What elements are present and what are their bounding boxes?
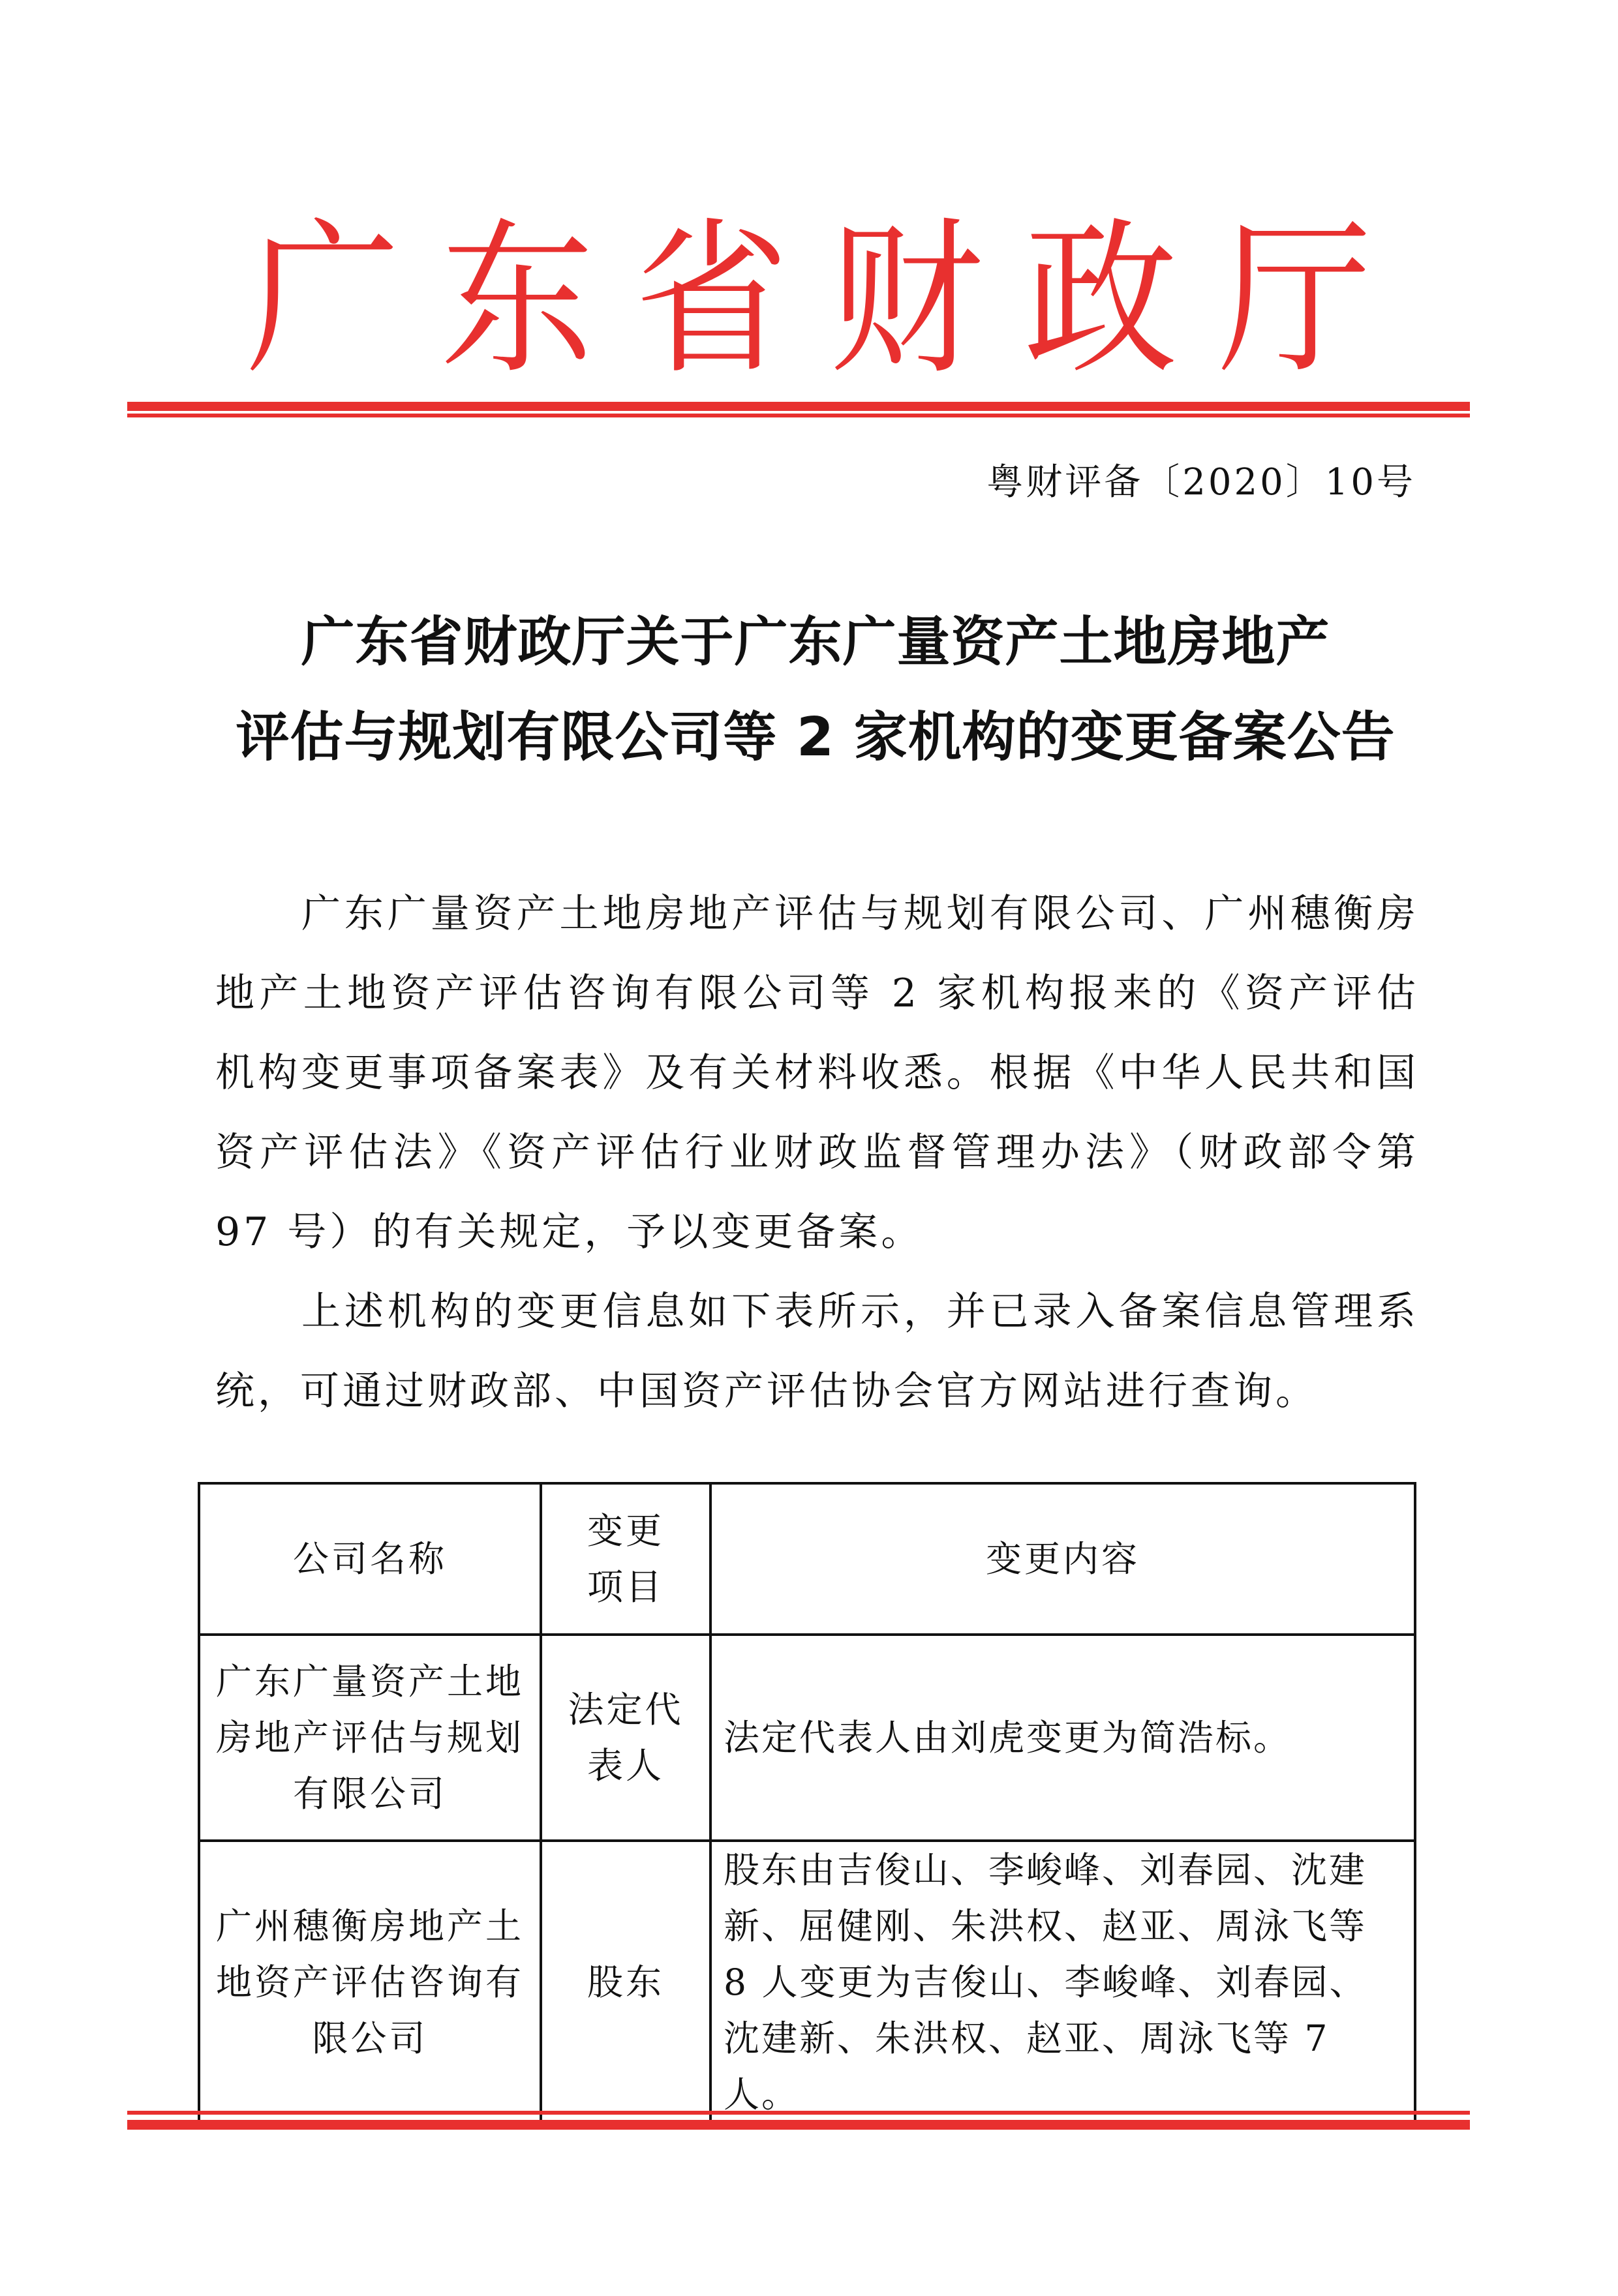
footer-red-rule-thin: [127, 2111, 1470, 2115]
cell-item: 股东: [541, 1841, 710, 2124]
masthead-title: 广东省财政厅: [0, 202, 1618, 399]
cell-content: 股东由吉俊山、李峻峰、刘春园、沈建新、屈健刚、朱洪权、赵亚、周泳飞等 8 人变更…: [710, 1841, 1415, 2124]
header-change-item: 变更项目: [541, 1483, 710, 1635]
header-change-content: 变更内容: [710, 1483, 1415, 1635]
header-red-rule-thick: [127, 402, 1470, 411]
cell-content: 法定代表人由刘虎变更为简浩标。: [710, 1635, 1415, 1841]
table-row: 广东广量资产土地房地产评估与规划有限公司 法定代表人 法定代表人由刘虎变更为简浩…: [199, 1635, 1415, 1841]
header-red-rule-thin: [127, 414, 1470, 417]
change-record-table: 公司名称 变更项目 变更内容 广东广量资产土地房地产评估与规划有限公司 法定代表…: [198, 1482, 1416, 2125]
body-paragraph-2: 上述机构的变更信息如下表所示，并已录入备案信息管理系统，可通过财政部、中国资产评…: [215, 1272, 1419, 1431]
body-paragraph-1: 广东广量资产土地房地产评估与规划有限公司、广州穗衡房地产土地资产评估咨询有限公司…: [215, 874, 1419, 1272]
document-title: 广东省财政厅关于广东广量资产土地房地产 评估与规划有限公司等 2 家机构的变更备…: [215, 595, 1416, 785]
document-number: 粤财评备〔2020〕10号: [986, 457, 1416, 509]
cell-item: 法定代表人: [541, 1635, 710, 1841]
footer-red-rule-thick: [127, 2120, 1470, 2130]
document-title-line-2: 评估与规划有限公司等 2 家机构的变更备案公告: [215, 690, 1416, 785]
table-header-row: 公司名称 变更项目 变更内容: [199, 1483, 1415, 1635]
cell-company: 广州穗衡房地产土地资产评估咨询有限公司: [199, 1841, 541, 2124]
header-company-name: 公司名称: [199, 1483, 541, 1635]
table-row: 广州穗衡房地产土地资产评估咨询有限公司 股东 股东由吉俊山、李峻峰、刘春园、沈建…: [199, 1841, 1415, 2124]
cell-company: 广东广量资产土地房地产评估与规划有限公司: [199, 1635, 541, 1841]
document-title-line-1: 广东省财政厅关于广东广量资产土地房地产: [215, 595, 1416, 690]
document-body: 广东广量资产土地房地产评估与规划有限公司、广州穗衡房地产土地资产评估咨询有限公司…: [215, 874, 1419, 1431]
